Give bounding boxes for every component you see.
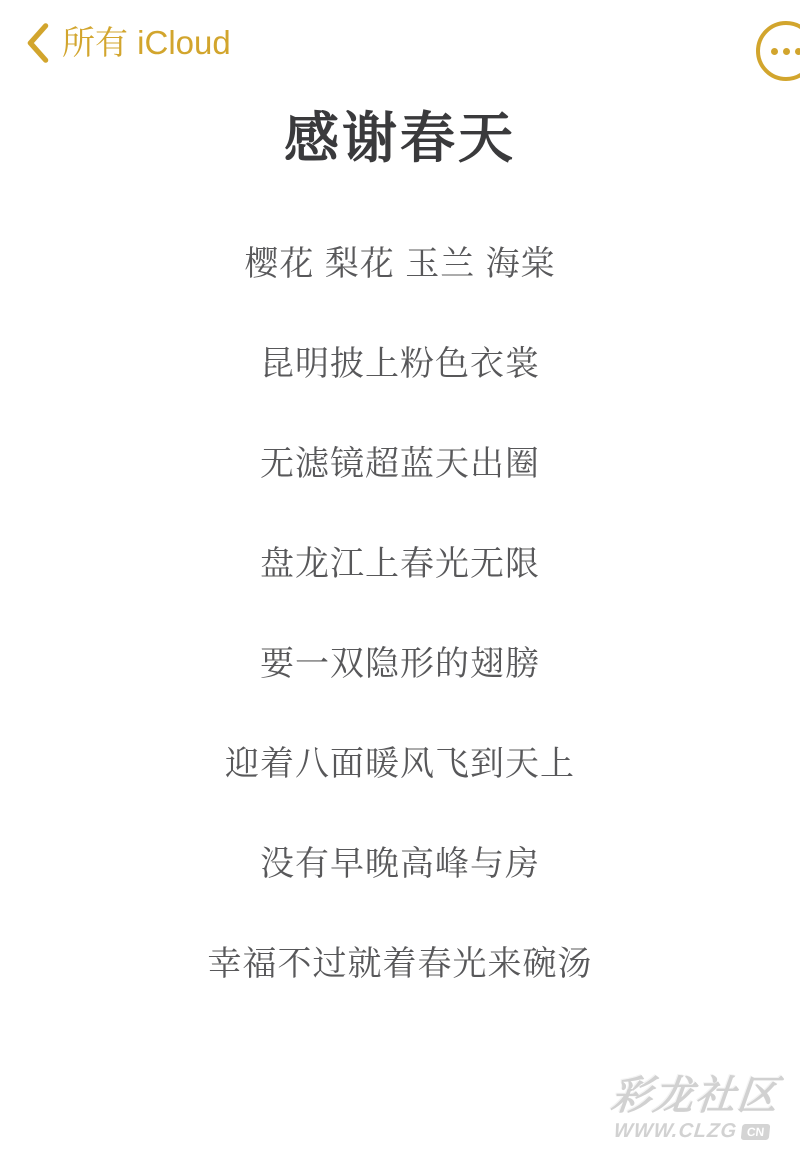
note-line: 樱花 梨花 玉兰 海棠: [0, 246, 800, 282]
note-line: 没有早晚高峰与房: [0, 846, 800, 882]
note-title: 感谢春天: [0, 106, 800, 170]
notes-app-screen: 所有 iCloud 感谢春天 樱花 梨花 玉兰 海棠 昆明披上粉色衣裳 无滤镜超…: [0, 0, 800, 1151]
note-line: 盘龙江上春光无限: [0, 546, 800, 582]
note-line: 迎着八面暖风飞到天上: [0, 746, 800, 782]
note-line: 要一双隐形的翅膀: [0, 646, 800, 682]
note-line: 昆明披上粉色衣裳: [0, 346, 800, 382]
note-line: 无滤镜超蓝天出圈: [0, 446, 800, 482]
note-editor-canvas[interactable]: 感谢春天 樱花 梨花 玉兰 海棠 昆明披上粉色衣裳 无滤镜超蓝天出圈 盘龙江上春…: [0, 0, 800, 1151]
note-line: 幸福不过就着春光来碗汤: [0, 946, 800, 982]
